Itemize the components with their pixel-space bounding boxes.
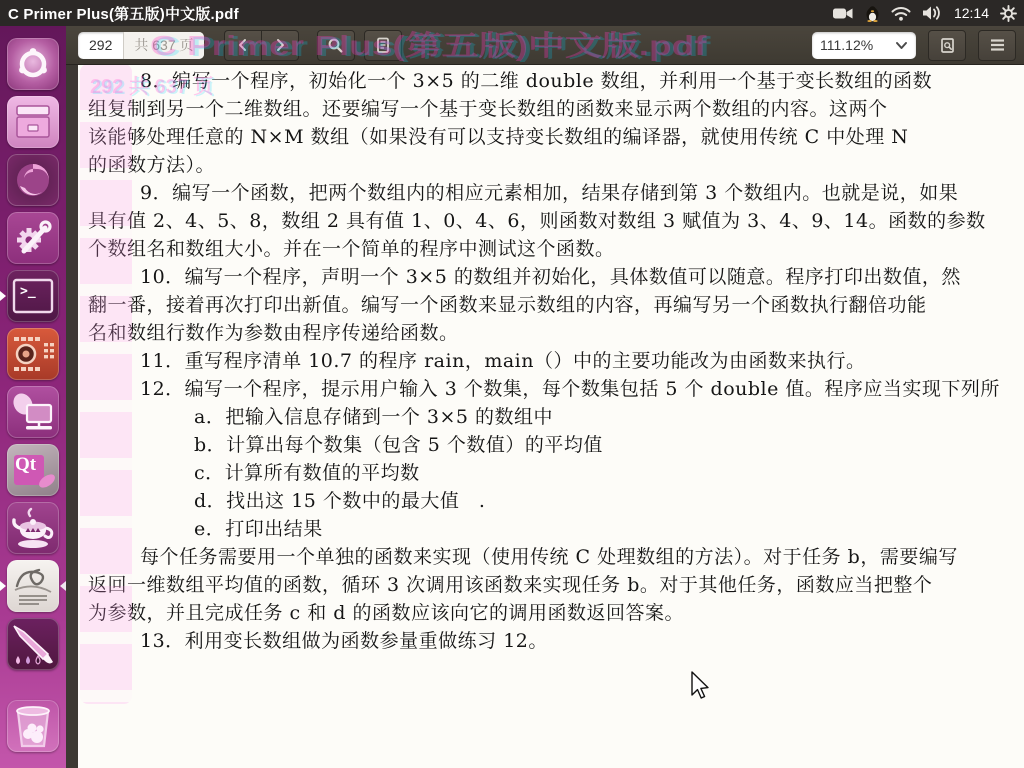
launcher-item-system-settings[interactable] bbox=[7, 212, 59, 264]
launcher-item-tea-timer[interactable] bbox=[7, 502, 59, 554]
chevron-left-icon bbox=[235, 37, 251, 53]
document-line: 名和数组行数作为参数由程序传递给函数。 bbox=[88, 319, 1024, 347]
media-player-icon bbox=[10, 334, 56, 374]
pdf-page[interactable]: 292 共 637 页 8．编写一个程序，初始化一个 3×5 的二维 doubl… bbox=[78, 64, 1024, 768]
zoom-dropdown-chevron-icon bbox=[895, 41, 908, 50]
chevron-right-icon bbox=[272, 37, 288, 53]
document-line: 13．利用变长数组做为函数参量重做练习 12。 bbox=[88, 627, 1024, 655]
document-line: 每个任务需要用一个单独的函数来实现（使用传统 C 处理数组的方法）。对于任务 b… bbox=[88, 543, 1024, 571]
pdf-view-area[interactable]: 292 共 637 页 8．编写一个程序，初始化一个 3×5 的二维 doubl… bbox=[66, 64, 1024, 768]
zoom-value: 111.12% bbox=[820, 37, 873, 53]
document-line: 具有值 2、4、5、8，数组 2 具有值 1、0、4、6，则函数对数组 3 赋值… bbox=[88, 207, 1024, 235]
qt-creator-label: Qt bbox=[15, 454, 36, 476]
running-indicator-arrow bbox=[0, 291, 6, 301]
document-text: 8．编写一个程序，初始化一个 3×5 的二维 double 数组，并利用一个基于… bbox=[78, 64, 1024, 655]
launcher-item-file-manager[interactable] bbox=[7, 96, 59, 148]
paint-app-icon bbox=[10, 622, 56, 666]
search-icon bbox=[327, 37, 344, 54]
firefox-browser-icon bbox=[12, 159, 54, 201]
system-tray: 12:14 bbox=[832, 5, 1024, 22]
page-nav-buttons bbox=[224, 30, 299, 61]
document-line: b．计算出每个数集（包含 5 个数值）的平均值 bbox=[88, 431, 1024, 459]
tux-linux-icon[interactable] bbox=[865, 5, 880, 22]
wifi-icon[interactable] bbox=[891, 6, 911, 21]
running-indicator-arrow bbox=[0, 581, 6, 591]
camera-icon[interactable] bbox=[832, 6, 854, 21]
document-line: a．把输入信息存储到一个 3×5 的数组中 bbox=[88, 403, 1024, 431]
window-title: C Primer Plus(第五版)中文版.pdf bbox=[0, 3, 239, 24]
trash-icon bbox=[10, 702, 56, 750]
next-page-button[interactable] bbox=[261, 30, 299, 61]
search-button[interactable] bbox=[317, 30, 355, 61]
previous-page-button[interactable] bbox=[224, 30, 261, 61]
session-gear-icon[interactable] bbox=[1000, 5, 1017, 22]
launcher-item-remote-desktop[interactable] bbox=[7, 386, 59, 438]
system-settings-icon bbox=[12, 217, 54, 259]
annotations-icon bbox=[375, 37, 391, 54]
document-line: 组复制到另一个二维数组。还要编写一个基于变长数组的函数来显示两个数组的内容。这两… bbox=[88, 95, 1024, 123]
volume-icon[interactable] bbox=[922, 5, 943, 21]
zoom-level-dropdown[interactable]: 111.12% bbox=[812, 32, 916, 59]
document-line: 11．重写程序清单 10.7 的程序 rain，main（）中的主要功能改为由函… bbox=[88, 347, 1024, 375]
ubuntu-dash-icon bbox=[13, 44, 53, 84]
launcher-item-trash[interactable] bbox=[7, 700, 59, 752]
terminal-icon: >_ bbox=[11, 276, 55, 316]
document-line: 10．编写一个程序，声明一个 3×5 的数组并初始化，具体数值可以随意。程序打印… bbox=[88, 263, 1024, 291]
launcher-item-firefox-browser[interactable] bbox=[7, 154, 59, 206]
desktop-screen: C Primer Plus(第五版)中文版.pdf 12:14 C Primer… bbox=[0, 0, 1024, 768]
pdf-toolbar: 292 共 637 页 111.12% bbox=[66, 26, 1024, 65]
top-menu-bar: C Primer Plus(第五版)中文版.pdf 12:14 bbox=[0, 0, 1024, 26]
document-line: c．计算所有数值的平均数 bbox=[88, 459, 1024, 487]
tea-timer-icon bbox=[10, 506, 56, 550]
document-line: 8．编写一个程序，初始化一个 3×5 的二维 double 数组，并利用一个基于… bbox=[88, 67, 1024, 95]
document-line: 12．编写一个程序，提示用户输入 3 个数集，每个数集包括 5 个 double… bbox=[88, 375, 1024, 403]
annotations-button[interactable] bbox=[364, 30, 402, 61]
svg-text:>_: >_ bbox=[20, 284, 36, 299]
focused-indicator-arrow bbox=[60, 581, 66, 591]
document-line: 9．编写一个函数，把两个数组内的相应元素相加，结果存储到第 3 个数组内。也就是… bbox=[88, 179, 1024, 207]
launcher-item-terminal[interactable]: >_ bbox=[7, 270, 59, 322]
clock-time[interactable]: 12:14 bbox=[954, 5, 989, 21]
document-line: 该能够处理任意的 N×M 数组（如果没有可以支持变长数组的编译器，就使用传统 C… bbox=[88, 123, 1024, 151]
file-manager-icon bbox=[13, 103, 53, 141]
document-line: 的函数方法）。 bbox=[88, 151, 1024, 179]
unity-launcher: >_Qt bbox=[0, 26, 66, 768]
launcher-item-media-player[interactable] bbox=[7, 328, 59, 380]
document-viewer-icon bbox=[11, 564, 55, 608]
document-line: 返回一维数组平均值的函数，循环 3 次调用该函数来实现任务 b。对于其他任务，函… bbox=[88, 571, 1024, 599]
document-line: 个数组名和数组大小。并在一个简单的程序中测试这个函数。 bbox=[88, 235, 1024, 263]
document-line: e．打印出结果 bbox=[88, 515, 1024, 543]
launcher-item-ubuntu-dash[interactable] bbox=[7, 38, 59, 90]
launcher-item-paint-app[interactable] bbox=[7, 618, 59, 670]
document-line: 为参数，并且完成任务 c 和 d 的函数应该向它的调用函数返回答案。 bbox=[88, 599, 1024, 627]
fit-page-button[interactable] bbox=[928, 30, 966, 61]
remote-desktop-icon bbox=[11, 391, 55, 433]
page-total-label: 共 637 页 bbox=[124, 32, 203, 59]
launcher-item-document-viewer[interactable] bbox=[7, 560, 59, 612]
toolbar-right-group: 111.12% bbox=[812, 30, 1024, 61]
launcher-item-qt-creator[interactable]: Qt bbox=[7, 444, 59, 496]
hamburger-menu-icon bbox=[990, 39, 1005, 51]
menu-button[interactable] bbox=[978, 30, 1016, 61]
document-line: d．找出这 15 个数中的最大值 . bbox=[88, 487, 1024, 515]
fit-page-icon bbox=[939, 37, 956, 54]
document-line: 翻一番，接着再次打印出新值。编写一个函数来显示数组的内容，再编写另一个函数执行翻… bbox=[88, 291, 1024, 319]
page-current-value[interactable]: 292 bbox=[78, 37, 123, 53]
page-number-entry[interactable]: 292 共 637 页 bbox=[78, 32, 204, 59]
